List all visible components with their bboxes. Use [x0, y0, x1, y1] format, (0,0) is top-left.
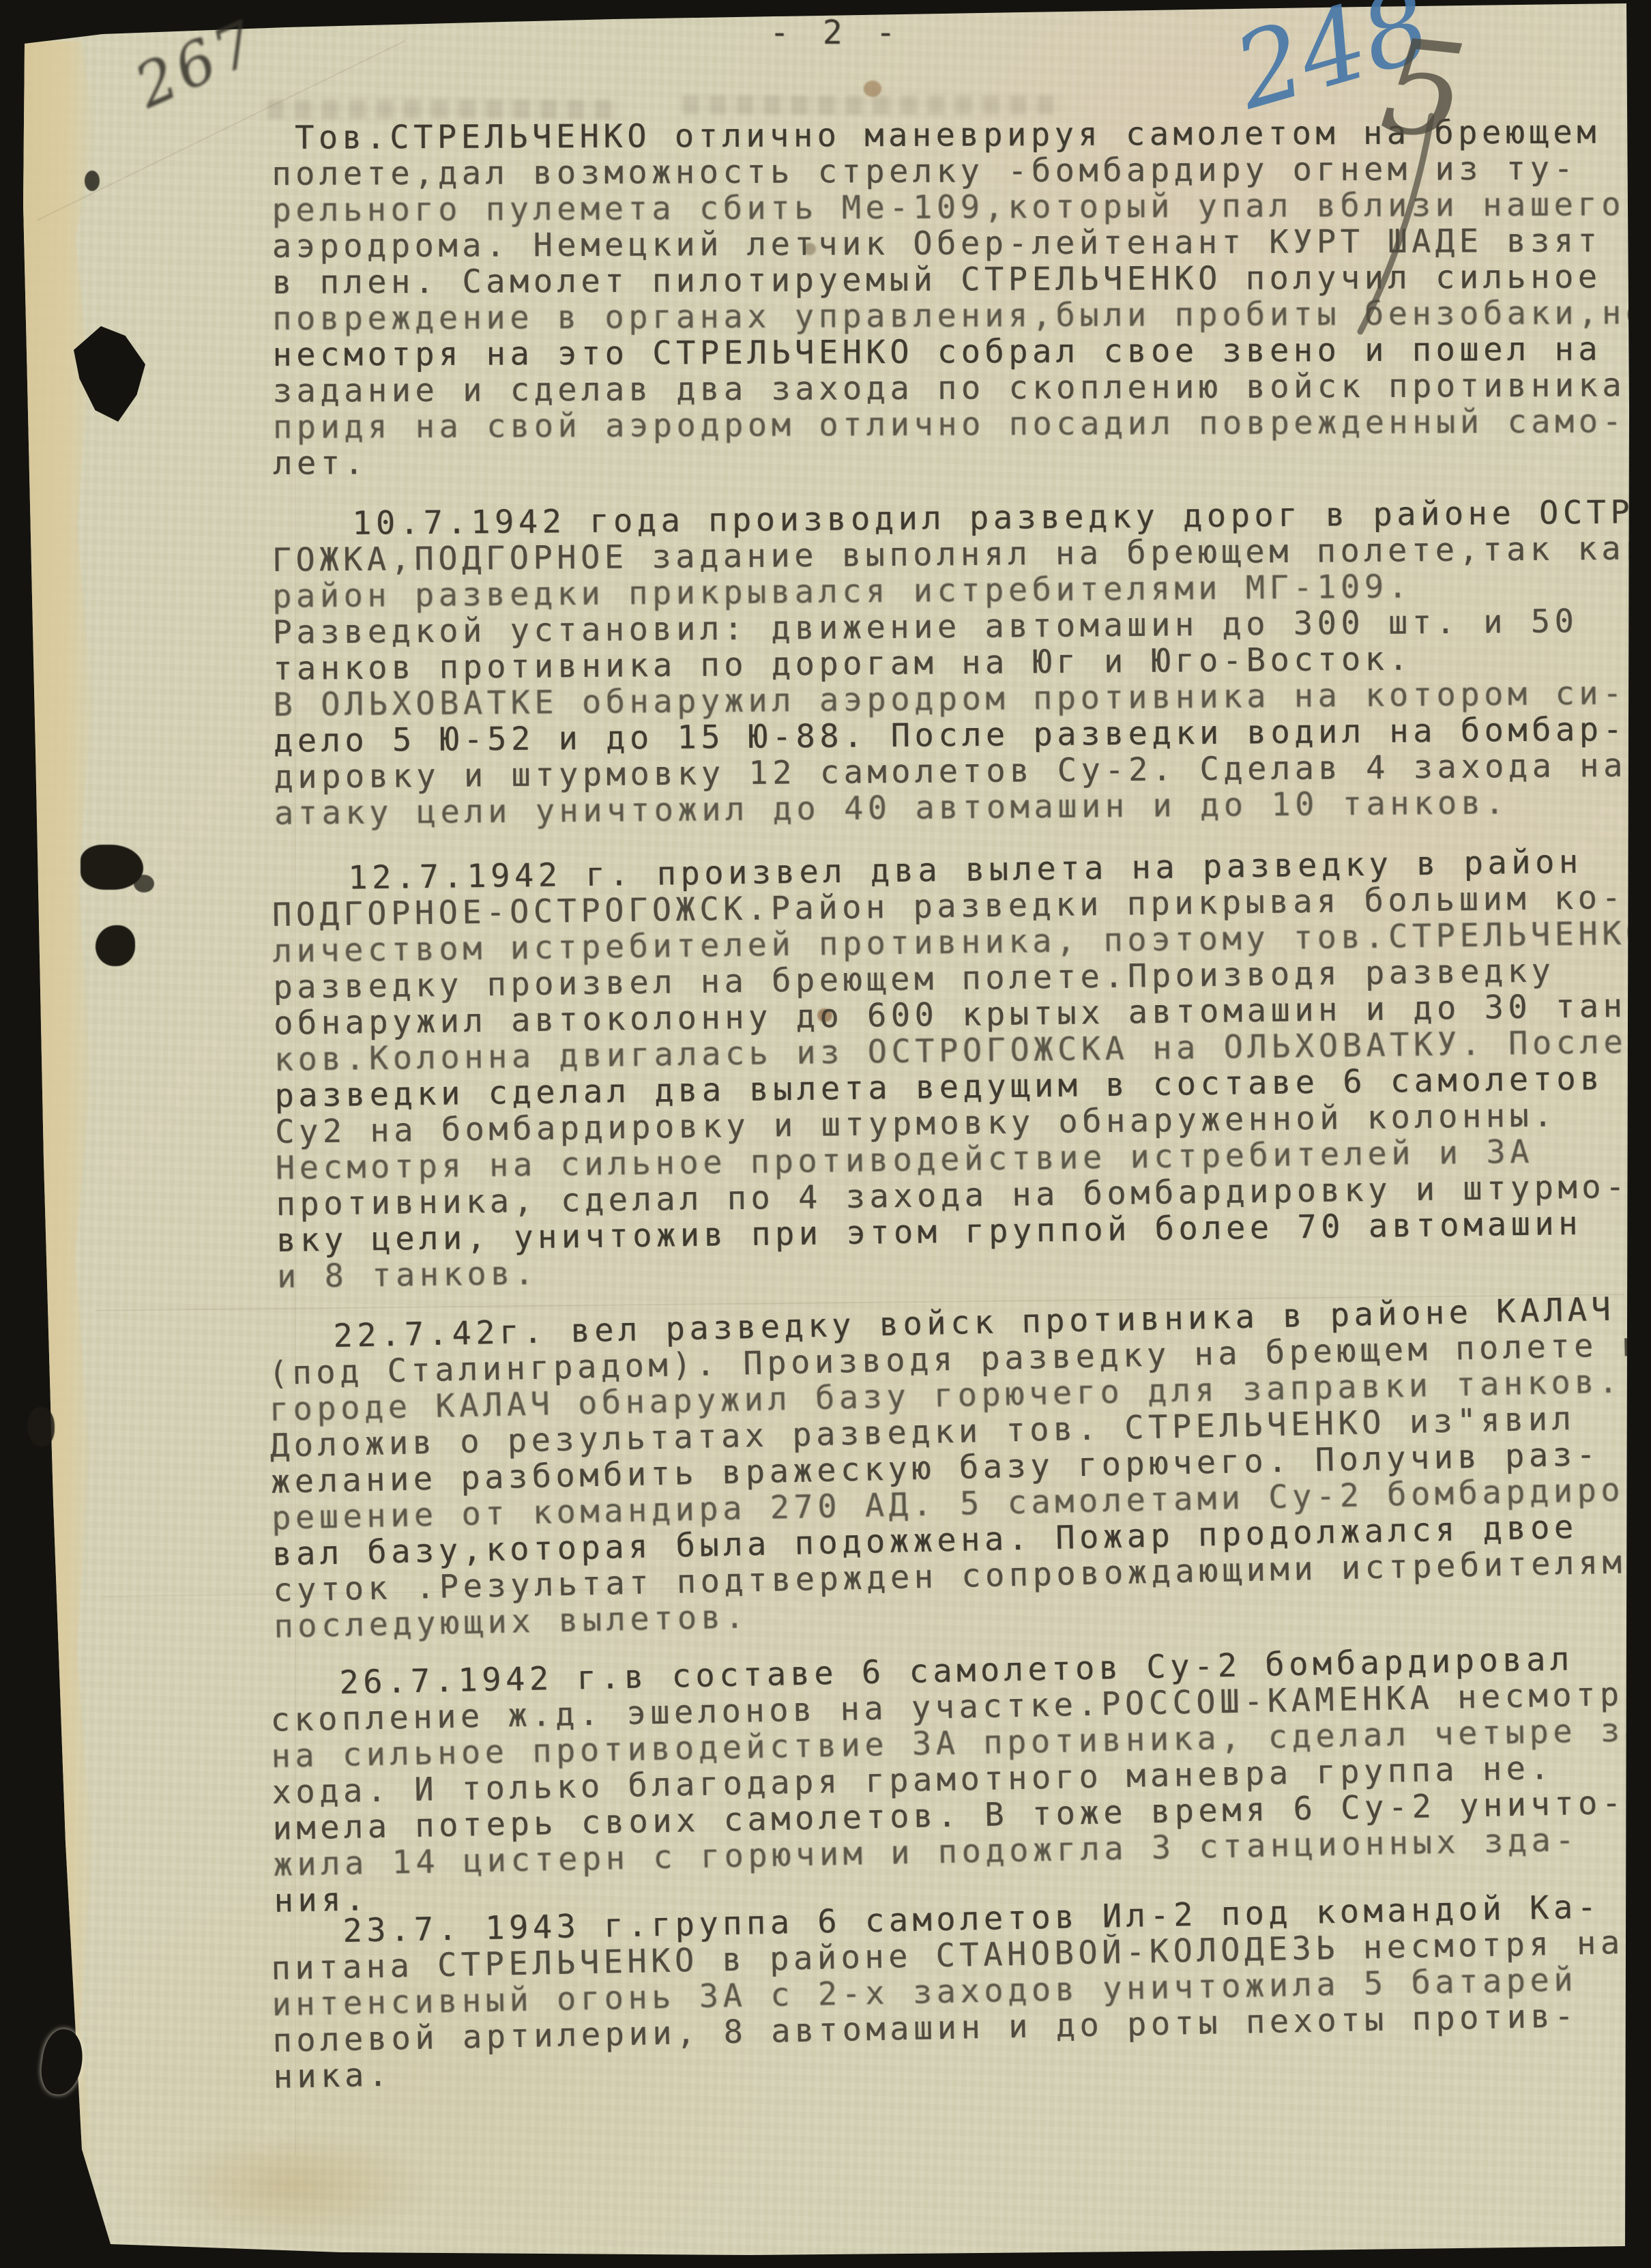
paragraph: 10.7.1942 года производил разведку дорог… — [272, 494, 1651, 832]
text-line: придя на свой аэродром отлично посадил п… — [273, 403, 1650, 446]
ink-blot — [134, 875, 154, 892]
paragraph: 22.7.42г. вел разведку войск противника … — [267, 1291, 1651, 1645]
text-line: повреждение в органах управления,были пр… — [272, 295, 1649, 337]
ink-blot — [96, 925, 135, 966]
text-line: лет. — [273, 439, 1650, 482]
paragraph: 26.7.1942 г.в составе 6 самолетов Су-2 б… — [269, 1640, 1651, 1919]
document-body: Тов.СТРЕЛЬЧЕНКО отлично маневрируя самол… — [0, 0, 1651, 2268]
paragraph: Тов.СТРЕЛЬЧЕНКО отлично маневрируя самол… — [272, 114, 1650, 482]
paragraph: 23.7. 1943 г.группа 6 самолетов Ил-2 под… — [270, 1889, 1626, 2095]
paper-sheet: ЦАМО РФ ЦАМО РФ ЦАМО РФ ЦАМО РФ ЦАМО РФ … — [0, 0, 1651, 2268]
paragraph: 12.7.1942 г. произвел два вылета на разв… — [272, 843, 1651, 1295]
ink-blot — [85, 171, 100, 191]
ink-blot — [27, 1407, 55, 1446]
scanned-document-page: { "page": { "number": "- 2 -" }, "annota… — [0, 0, 1651, 2268]
